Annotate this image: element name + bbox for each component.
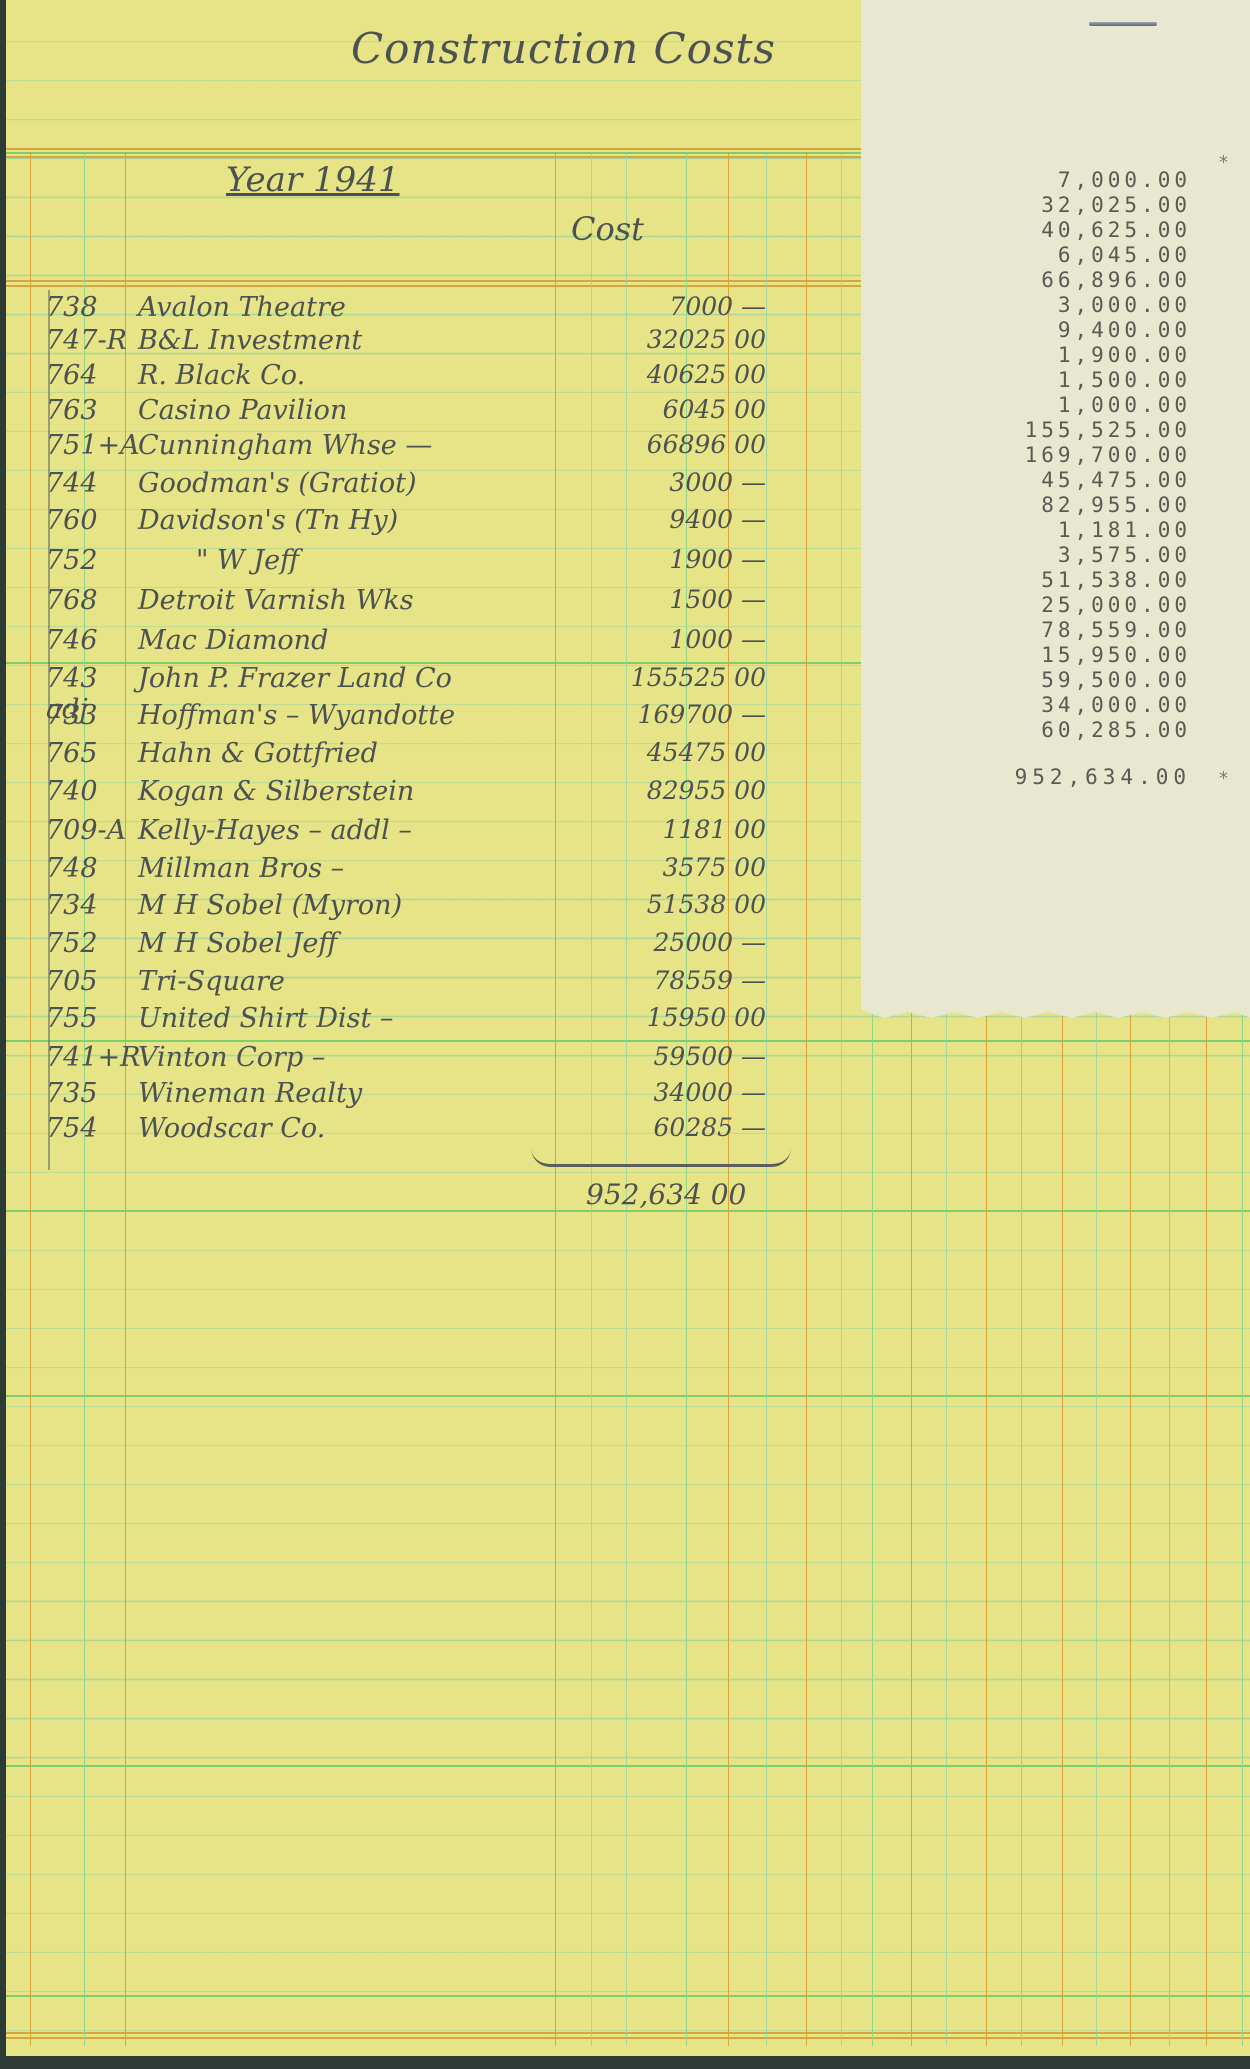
- account-number: 751+A: [46, 430, 138, 461]
- entry-name: Avalon Theatre: [138, 292, 346, 323]
- tape-line: 60,285.00: [1041, 718, 1191, 742]
- tape-line: 3,000.00: [1058, 293, 1191, 317]
- entry-name: R. Black Co.: [138, 360, 305, 391]
- entry-name: Woodscar Co.: [138, 1113, 325, 1144]
- entry-name: Hoffman's – Wyandotte: [138, 700, 455, 731]
- entry-cost: 66896 00: [586, 430, 766, 459]
- account-number: 735: [46, 1078, 138, 1109]
- entry-cost: 1900 —: [586, 545, 766, 574]
- account-number: 754: [46, 1113, 138, 1144]
- entry-name: Millman Bros –: [138, 853, 344, 884]
- account-number: 752: [46, 545, 138, 576]
- tape-line: 34,000.00: [1041, 693, 1191, 717]
- grid-rule: [841, 152, 842, 2046]
- entry-name: Vinton Corp –: [138, 1042, 325, 1073]
- list-item: 709-AKelly-Hayes – addl –1181 00: [46, 815, 746, 845]
- entry-name: Kogan & Silberstein: [138, 776, 414, 807]
- account-number: 709-A: [46, 815, 138, 846]
- entry-cost: 60285 —: [586, 1113, 766, 1142]
- account-number: 746: [46, 625, 138, 656]
- entry-cost: 59500 —: [586, 1042, 766, 1071]
- tape-line: 6,045.00: [1058, 243, 1191, 267]
- ledger-sheet: Construction Costs Year 1941 Cost 738Ava…: [6, 0, 1250, 2056]
- list-item: 733Hoffman's – Wyandotte169700 —: [46, 700, 746, 730]
- entry-name: Cunningham Whse —: [138, 430, 432, 461]
- entry-cost: 3575 00: [586, 853, 766, 882]
- section-rule: [6, 1395, 1250, 1397]
- tape-line: 3,575.00: [1058, 543, 1191, 567]
- list-item: 754Woodscar Co.60285 —: [46, 1113, 746, 1143]
- entry-name: " W Jeff: [196, 545, 299, 576]
- list-item: 748Millman Bros –3575 00: [46, 853, 746, 883]
- entry-cost: 40625 00: [586, 360, 766, 389]
- entry-cost: 51538 00: [586, 890, 766, 919]
- cost-column-header: Cost: [571, 210, 644, 248]
- entry-name: Kelly-Hayes – addl –: [138, 815, 412, 846]
- list-item: 755United Shirt Dist –15950 00: [46, 1003, 746, 1033]
- list-item: 746Mac Diamond1000 —: [46, 625, 746, 655]
- entry-cost: 34000 —: [586, 1078, 766, 1107]
- list-item: 743 adjJohn P. Frazer Land Co155525 00: [46, 663, 746, 693]
- entry-cost: 82955 00: [586, 776, 766, 805]
- tape-line: 15,950.00: [1041, 643, 1191, 667]
- section-rule: [6, 1765, 1250, 1767]
- page-title: Construction Costs: [351, 24, 776, 73]
- entry-name: Tri-Square: [138, 966, 285, 997]
- list-item: 751+ACunningham Whse —66896 00: [46, 430, 746, 460]
- footer-rule-top: [6, 2032, 1250, 2034]
- entry-cost: 6045 00: [586, 395, 766, 424]
- entry-name: Wineman Realty: [138, 1078, 362, 1109]
- entry-cost: 1500 —: [586, 585, 766, 614]
- account-number: 764: [46, 360, 138, 391]
- tape-line: 7,000.00: [1058, 168, 1191, 192]
- entry-name: United Shirt Dist –: [138, 1003, 393, 1034]
- account-number: 765: [46, 738, 138, 769]
- tape-line: 51,538.00: [1041, 568, 1191, 592]
- account-number: 733: [46, 700, 138, 731]
- tape-line: 82,955.00: [1041, 493, 1191, 517]
- entry-cost: 7000 —: [586, 292, 766, 321]
- list-item: 740Kogan & Silberstein82955 00: [46, 776, 746, 806]
- account-number: 763: [46, 395, 138, 426]
- section-heading: Year 1941: [226, 160, 399, 200]
- entry-cost: 15950 00: [586, 1003, 766, 1032]
- tape-line: 59,500.00: [1041, 668, 1191, 692]
- account-number: 734: [46, 890, 138, 921]
- entry-name: Davidson's (Tn Hy): [138, 505, 398, 536]
- entry-cost: 25000 —: [586, 928, 766, 957]
- list-item: 705Tri-Square78559 —: [46, 966, 746, 996]
- list-item: 747-RB&L Investment32025 00: [46, 325, 746, 355]
- section-rule: [6, 1995, 1250, 1997]
- account-number: 744: [46, 468, 138, 499]
- account-number: 748: [46, 853, 138, 884]
- tape-line: 45,475.00: [1041, 468, 1191, 492]
- footer-rule-bottom: [6, 2037, 1250, 2039]
- entry-name: M H Sobel (Myron): [138, 890, 402, 921]
- grid-rule: [806, 152, 807, 2046]
- list-item: 735Wineman Realty34000 —: [46, 1078, 746, 1108]
- tape-line: 155,525.00: [1025, 418, 1191, 442]
- entry-name: B&L Investment: [138, 325, 362, 356]
- entry-cost: 9400 —: [586, 505, 766, 534]
- list-item: 744Goodman's (Gratiot)3000 —: [46, 468, 746, 498]
- entry-name: M H Sobel Jeff: [138, 928, 338, 959]
- adding-machine-tape: * 7,000.00 32,025.00 40,625.00 6,045.00 …: [861, 0, 1250, 1018]
- entry-cost: 32025 00: [586, 325, 766, 354]
- list-item: 768Detroit Varnish Wks1500 —: [46, 585, 746, 615]
- list-item: 738Avalon Theatre7000 —: [46, 292, 746, 322]
- entry-cost: 45475 00: [586, 738, 766, 767]
- entry-name: Detroit Varnish Wks: [138, 585, 414, 616]
- tape-line: 1,900.00: [1058, 343, 1191, 367]
- staple-icon: [1089, 22, 1157, 26]
- list-item: 763Casino Pavilion6045 00: [46, 395, 746, 425]
- tape-line: 32,025.00: [1041, 193, 1191, 217]
- tape-line: 40,625.00: [1041, 218, 1191, 242]
- list-item: 752M H Sobel Jeff25000 —: [46, 928, 746, 958]
- entry-name: Mac Diamond: [138, 625, 328, 656]
- list-item: 752" W Jeff1900 —: [46, 545, 746, 575]
- entry-name: Hahn & Gottfried: [138, 738, 378, 769]
- entry-cost: 3000 —: [586, 468, 766, 497]
- account-number: 747-R: [46, 325, 138, 356]
- entry-cost: 169700 —: [586, 700, 766, 729]
- account-number: 741+R: [46, 1042, 138, 1073]
- account-number: 705: [46, 966, 138, 997]
- grid-rule: [766, 152, 767, 2046]
- grand-total: 952,634 00: [586, 1178, 746, 1211]
- entry-name: Goodman's (Gratiot): [138, 468, 417, 499]
- list-item: 741+RVinton Corp –59500 —: [46, 1042, 746, 1072]
- entry-cost: 1000 —: [586, 625, 766, 654]
- entry-name: John P. Frazer Land Co: [138, 663, 452, 694]
- total-underline: [531, 1148, 791, 1167]
- account-number: 740: [46, 776, 138, 807]
- list-item: 760Davidson's (Tn Hy)9400 —: [46, 505, 746, 535]
- tape-line: 1,000.00: [1058, 393, 1191, 417]
- tape-line: 66,896.00: [1041, 268, 1191, 292]
- tape-line: 1,500.00: [1058, 368, 1191, 392]
- tape-line: 9,400.00: [1058, 318, 1191, 342]
- account-number: 768: [46, 585, 138, 616]
- tape-line: 169,700.00: [1025, 443, 1191, 467]
- tape-total-mark: *: [1218, 768, 1229, 789]
- margin-rule: [30, 152, 31, 2046]
- tape-line: 1,181.00: [1058, 518, 1191, 542]
- entry-cost: 78559 —: [586, 966, 766, 995]
- entry-name: Casino Pavilion: [138, 395, 347, 426]
- account-number: 738: [46, 292, 138, 323]
- tape-line: 78,559.00: [1041, 618, 1191, 642]
- tape-total: 952,634.00: [1015, 765, 1191, 789]
- list-item: 764R. Black Co.40625 00: [46, 360, 746, 390]
- list-item: 765Hahn & Gottfried45475 00: [46, 738, 746, 768]
- list-item: 734M H Sobel (Myron)51538 00: [46, 890, 746, 920]
- account-number: 760: [46, 505, 138, 536]
- entry-cost: 155525 00: [586, 663, 766, 692]
- tape-header-mark: *: [1218, 152, 1229, 173]
- account-number: 752: [46, 928, 138, 959]
- tape-line: 25,000.00: [1041, 593, 1191, 617]
- account-number: 755: [46, 1003, 138, 1034]
- entry-cost: 1181 00: [586, 815, 766, 844]
